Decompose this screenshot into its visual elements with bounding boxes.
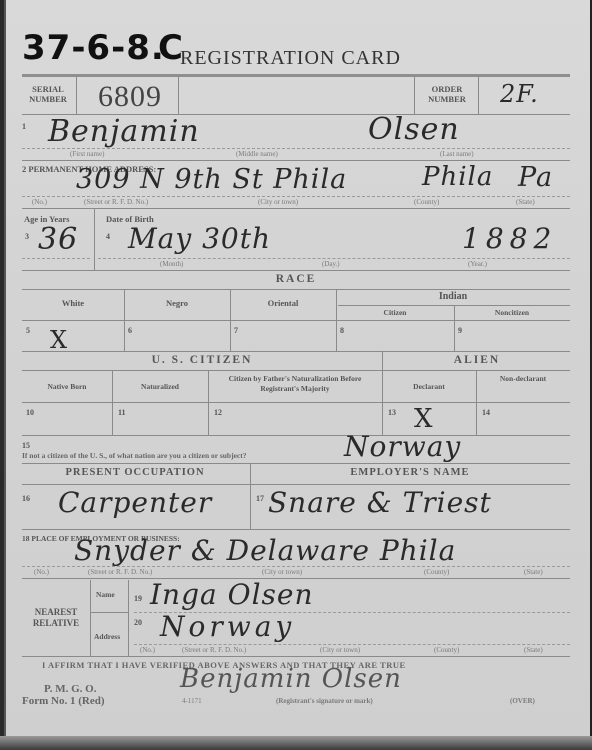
divider — [90, 580, 91, 656]
field-number: 4 — [106, 232, 110, 241]
field-number: 9 — [458, 326, 462, 335]
employment-label-county: (County) — [424, 568, 449, 576]
field-number: 1 — [22, 122, 26, 131]
divider — [76, 76, 77, 114]
relative-label-state: (State) — [524, 646, 543, 654]
divider — [22, 148, 570, 149]
divider — [22, 289, 570, 290]
race-col-negro: Negro — [124, 298, 230, 308]
age-value: 36 — [38, 222, 78, 257]
race-header: RACE — [22, 273, 570, 285]
birth-day-label: (Day.) — [322, 260, 340, 268]
citizen-col-native-born: Native Born — [22, 382, 112, 391]
field-number: 19 — [134, 594, 142, 603]
citizen-col-naturalized: Naturalized — [112, 382, 208, 391]
employment-label-street: (Street or R. F. D. No.) — [88, 568, 152, 576]
divider — [22, 74, 570, 77]
nation-answer: Norway — [344, 430, 461, 463]
divider — [178, 76, 179, 114]
registration-card — [4, 0, 592, 738]
divider — [22, 529, 570, 530]
race-col-indian: Indian — [336, 291, 570, 302]
divider — [134, 644, 570, 645]
first-name: Benjamin — [48, 114, 200, 149]
home-address-county: Phila — [422, 162, 493, 192]
last-name: Olsen — [368, 112, 460, 147]
relative-name-value: Inga Olsen — [150, 578, 314, 611]
divider — [478, 76, 479, 114]
middle-name-label: (Middle name) — [236, 150, 278, 158]
relative-label-county: (County) — [434, 646, 459, 654]
relative-label-no: (No.) — [140, 646, 155, 654]
order-label-line1: ORDER — [418, 84, 476, 94]
relative-label-city: (City or town) — [320, 646, 360, 654]
field-number: 3 — [25, 232, 29, 241]
last-name-label: (Last name) — [440, 150, 474, 158]
field-number: 8 — [340, 326, 344, 335]
divider — [22, 370, 570, 371]
field-number: 12 — [214, 408, 222, 417]
address-label-city: (City or town) — [258, 198, 298, 206]
pmgo-label: P. M. G. O. — [44, 683, 96, 695]
relative-address-value: Norway — [160, 610, 295, 643]
alien-col-non-declarant: Non-declarant — [492, 374, 554, 384]
race-col-indian-noncitizen: Noncitizen — [454, 308, 570, 317]
divider — [22, 463, 570, 464]
address-label-street: (Street or R. F. D. No.) — [84, 198, 148, 206]
divider — [128, 580, 129, 656]
divider — [22, 208, 570, 209]
race-col-white: White — [22, 298, 124, 308]
birth-month-day: May 30th — [128, 222, 271, 255]
occupation-header: PRESENT OCCUPATION — [22, 467, 248, 478]
divider — [22, 270, 570, 271]
divider — [338, 305, 570, 306]
race-col-indian-citizen: Citizen — [336, 308, 454, 317]
field-number: 20 — [134, 618, 142, 627]
divider — [22, 656, 570, 657]
serial-label-line2: NUMBER — [22, 94, 74, 104]
divider — [22, 435, 570, 436]
employment-label-city: (City or town) — [262, 568, 302, 576]
address-label-no: (No.) — [32, 198, 47, 206]
birth-year-label: (Year.) — [468, 260, 487, 268]
employer-value: Snare & Triest — [268, 486, 492, 519]
divider — [98, 258, 570, 259]
field-number: 15 — [22, 441, 30, 450]
employer-header: EMPLOYER'S NAME — [250, 467, 570, 478]
divider — [382, 351, 383, 435]
signature-label: (Registrant's signature or mark) — [276, 697, 373, 705]
field-number: 11 — [118, 408, 126, 417]
nation-question: If not a citizen of the U. S., of what n… — [22, 451, 247, 460]
address-label-county: (County) — [414, 198, 439, 206]
birth-year: 1882 — [462, 222, 557, 255]
field-number: 5 — [26, 326, 30, 335]
first-name-label: (First name) — [70, 150, 104, 158]
registrant-signature: Benjamin Olsen — [180, 664, 402, 694]
divider — [414, 76, 415, 114]
divider — [22, 196, 570, 197]
divider — [22, 258, 90, 259]
alien-col-declarant: Declarant — [382, 382, 476, 391]
relative-label-street: (Street or R. F. D. No.) — [182, 646, 246, 654]
divider — [22, 566, 570, 567]
address-label-state: (State) — [516, 198, 535, 206]
nearest-relative-label-line1: NEAREST — [22, 607, 90, 618]
field-number: 7 — [234, 326, 238, 335]
field-number: 16 — [22, 494, 30, 503]
form-code: 37-6-8. — [22, 28, 165, 68]
serial-number-value: 6809 — [98, 80, 162, 114]
employment-label-state: (State) — [524, 568, 543, 576]
over-label: (OVER) — [510, 697, 535, 705]
nearest-relative-label: NEAREST RELATIVE — [22, 607, 90, 629]
us-citizen-header: U. S. CITIZEN — [22, 354, 382, 366]
order-number-value: 2F. — [500, 80, 539, 108]
nearest-relative-label-line2: RELATIVE — [22, 618, 90, 629]
field-number: 14 — [482, 408, 490, 417]
field-number: 13 — [388, 408, 396, 417]
divider — [22, 320, 570, 321]
relative-name-label: Name — [96, 590, 115, 599]
serial-number-label: SERIAL NUMBER — [22, 84, 74, 104]
divider — [94, 208, 95, 270]
scan-edge — [0, 736, 592, 750]
divider — [22, 160, 570, 161]
order-number-label: ORDER NUMBER — [418, 84, 476, 104]
race-col-oriental: Oriental — [230, 298, 336, 308]
order-label-line2: NUMBER — [418, 94, 476, 104]
employment-label-no: (No.) — [34, 568, 49, 576]
birth-month-label: (Month) — [160, 260, 183, 268]
relative-address-label: Address — [94, 632, 120, 641]
home-address-state: Pa — [518, 162, 553, 193]
citizen-col-fathers-naturalization: Citizen by Father's Naturalization Befor… — [214, 374, 376, 394]
print-code: 4-1171 — [182, 697, 202, 705]
page-title: REGISTRATION CARD — [180, 47, 401, 70]
alien-header: ALIEN — [384, 354, 570, 366]
divider — [22, 402, 570, 403]
field-number: 6 — [128, 326, 132, 335]
serial-label-line1: SERIAL — [22, 84, 74, 94]
divider — [250, 463, 251, 529]
form-number-label: Form No. 1 (Red) — [22, 695, 104, 707]
home-address-street: 309 N 9th St Phila — [76, 164, 347, 195]
field-number: 17 — [256, 494, 264, 503]
divider — [22, 484, 570, 485]
divider — [90, 612, 128, 613]
employment-place-value: Snyder & Delaware Phila — [74, 534, 456, 567]
race-white-mark: X — [50, 326, 68, 354]
occupation-value: Carpenter — [58, 486, 212, 519]
divider — [22, 351, 570, 352]
field-number: 10 — [26, 408, 34, 417]
